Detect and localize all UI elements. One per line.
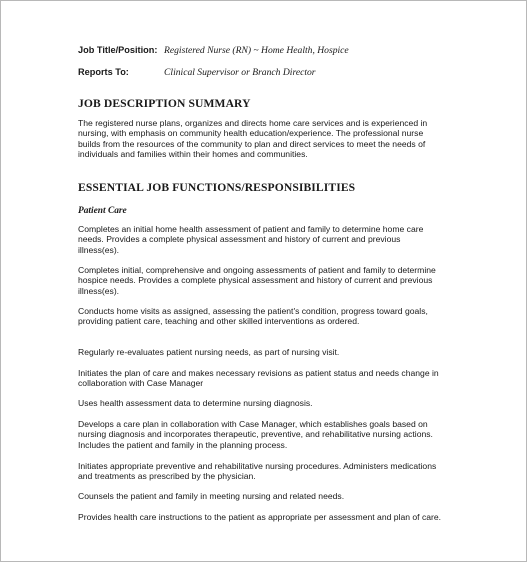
summary-heading: JOB DESCRIPTION SUMMARY <box>78 97 251 110</box>
functions-heading: ESSENTIAL JOB FUNCTIONS/RESPONSIBILITIES <box>78 181 355 194</box>
responsibility-item: Initiates the plan of care and makes nec… <box>78 368 458 389</box>
job-title-value: Registered Nurse (RN) ~ Home Health, Hos… <box>164 45 349 56</box>
summary-paragraph: The registered nurse plans, organizes an… <box>78 118 458 160</box>
job-title-label: Job Title/Position: <box>78 45 157 55</box>
reports-to-value: Clinical Supervisor or Branch Director <box>164 67 316 78</box>
responsibility-item: Provides health care instructions to the… <box>78 512 458 522</box>
responsibility-item: Uses health assessment data to determine… <box>78 398 458 408</box>
responsibility-item: Regularly re-evaluates patient nursing n… <box>78 347 458 357</box>
responsibility-item: Completes an initial home health assessm… <box>78 224 458 255</box>
responsibility-item: Counsels the patient and family in meeti… <box>78 491 458 501</box>
responsibility-item: Completes initial, comprehensive and ong… <box>78 265 458 296</box>
patient-care-subheading: Patient Care <box>78 206 127 216</box>
reports-to-label: Reports To: <box>78 67 129 77</box>
document-page: Job Title/Position: Registered Nurse (RN… <box>0 0 527 562</box>
responsibility-item: Conducts home visits as assigned, assess… <box>78 306 458 327</box>
responsibility-item: Initiates appropriate preventive and reh… <box>78 461 458 482</box>
responsibility-item: Develops a care plan in collaboration wi… <box>78 419 458 450</box>
